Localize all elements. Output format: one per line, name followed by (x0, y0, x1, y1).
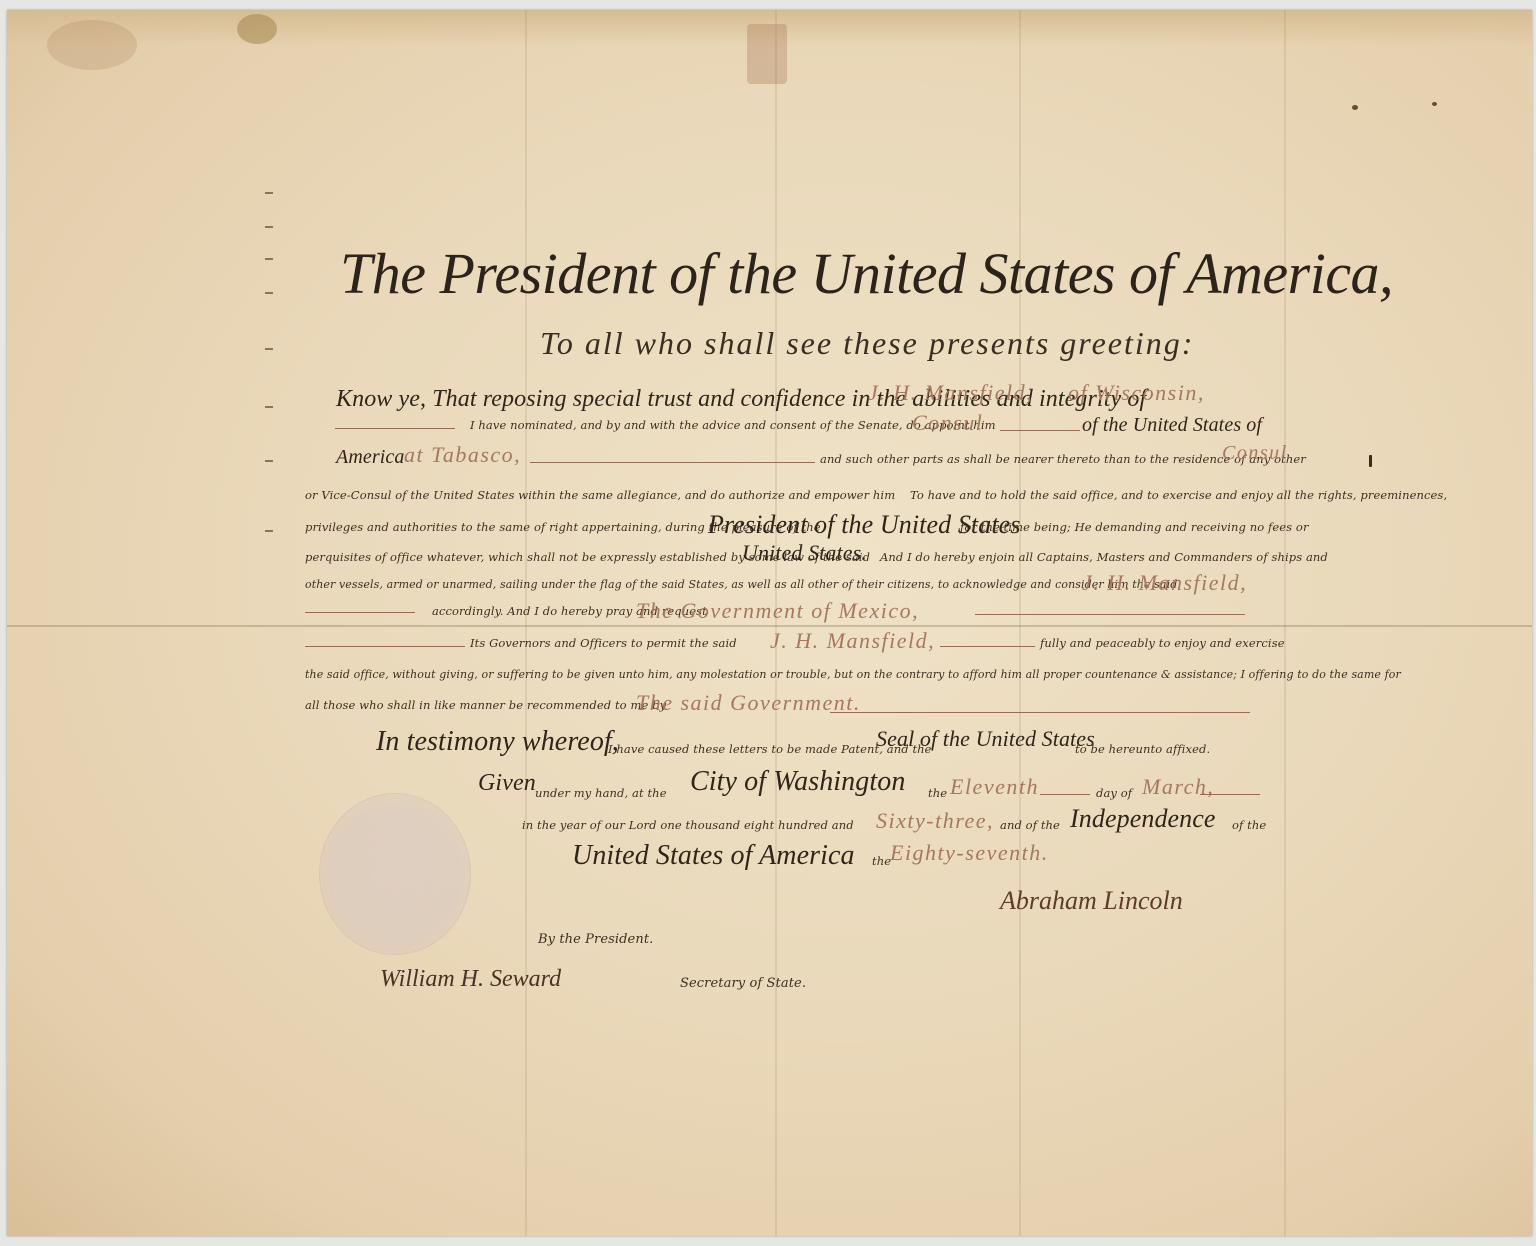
stitch-hole (265, 530, 273, 532)
fold-line (525, 10, 527, 1236)
filled-office-cont: Consul (1222, 442, 1288, 465)
body-line-3: of the United States of (1082, 414, 1262, 437)
ink-spot (1352, 105, 1358, 110)
filled-appointee-2: J. H. Mansfield, (1082, 570, 1247, 596)
body-line-america: America (336, 446, 404, 469)
body-us-phrase: United States. (742, 540, 867, 566)
blank-rule (975, 614, 1245, 615)
ink-spot (1369, 455, 1372, 467)
ink-spot (1432, 102, 1437, 106)
blank-rule (1000, 430, 1080, 431)
body-line-16: fully and peaceably to enjoy and exercis… (1040, 636, 1285, 650)
year-line: in the year of our Lord one thousand eig… (522, 818, 854, 832)
fold-line (1019, 10, 1021, 1236)
city-name: City of Washington (690, 766, 905, 798)
stitch-hole (265, 192, 273, 194)
body-line-6: To have and to hold the said office, and… (910, 488, 1447, 502)
filled-office: Consul (912, 410, 983, 436)
fold-line (1284, 10, 1286, 1236)
blank-rule (530, 462, 815, 463)
wax-residue (747, 24, 787, 84)
fold-line (7, 625, 1532, 627)
testimony-lead: In testimony whereof, (376, 726, 619, 758)
document-title: The President of the United States of Am… (340, 240, 1393, 307)
secretary-title: Secretary of State. (680, 976, 806, 991)
blank-rule (1040, 794, 1090, 795)
filled-location: at Tabasco, (404, 442, 521, 468)
body-line-9: for the time being; He demanding and rec… (960, 520, 1309, 534)
given-text: under my hand, at the (535, 786, 667, 800)
filled-recommender: The said Government. (636, 690, 861, 716)
body-line-15: Its Governors and Officers to permit the… (470, 636, 737, 650)
the-word: the (928, 786, 947, 800)
blank-rule (940, 646, 1035, 647)
greeting: To all who shall see these presents gree… (540, 325, 1194, 362)
president-signature: Abraham Lincoln (1000, 886, 1183, 916)
tear-stain (237, 14, 277, 44)
day-of: day of (1096, 786, 1132, 800)
body-line-18: all those who shall in like manner be re… (305, 698, 666, 712)
body-line-12: And I do hereby enjoin all Captains, Mas… (880, 550, 1328, 564)
secretary-signature: William H. Seward (380, 966, 561, 993)
given-lead: Given (478, 770, 536, 797)
stitch-hole (265, 406, 273, 408)
water-stain (47, 20, 137, 70)
stitch-hole (265, 460, 273, 462)
blank-rule (305, 646, 465, 647)
filled-state: of Wisconsin, (1068, 380, 1205, 406)
stitch-hole (265, 292, 273, 294)
by-the-president: By the President. (538, 932, 653, 947)
filled-month: March, (1142, 774, 1214, 800)
independence-word: Independence (1070, 804, 1216, 834)
filled-year: Sixty-three, (876, 808, 994, 834)
filled-government: The Government of Mexico, (636, 598, 919, 624)
embossed-seal (319, 793, 471, 955)
of-the: of the (1232, 818, 1266, 832)
body-line-17: the said office, without giving, or suff… (305, 668, 1401, 681)
stitch-hole (265, 226, 273, 228)
testimony-seal-phrase: Seal of the United States (876, 726, 1095, 752)
the-word-2: the (872, 854, 891, 868)
blank-rule (335, 428, 455, 429)
body-line-13: other vessels, armed or unarmed, sailing… (305, 578, 1177, 591)
stitch-hole (265, 348, 273, 350)
filled-appointee: J. H. Mansfield, (868, 380, 1033, 406)
body-line-5: or Vice-Consul of the United States with… (305, 488, 895, 502)
blank-rule (830, 712, 1250, 713)
stitch-hole (265, 258, 273, 260)
blank-rule (1200, 794, 1260, 795)
filled-independence-year: Eighty-seventh. (890, 840, 1049, 866)
blank-rule (305, 612, 415, 613)
filled-appointee-3: J. H. Mansfield, (770, 628, 935, 654)
independence-pre: and of the (1000, 818, 1060, 832)
testimony-line-end: to be hereunto affixed. (1075, 742, 1210, 756)
usa-phrase: United States of America (572, 840, 855, 872)
filled-day: Eleventh (950, 774, 1039, 800)
